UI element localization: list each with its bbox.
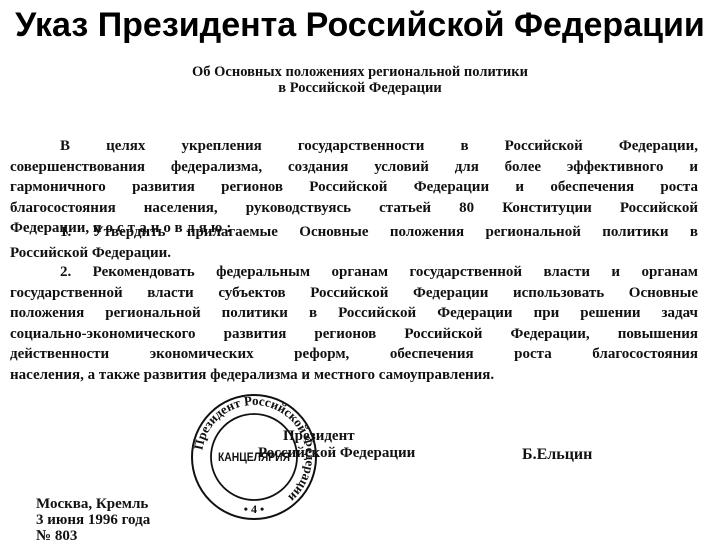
- item-line: государственной власти субъектов Российс…: [10, 283, 698, 304]
- item-2-paragraph: 2. Рекомендовать федеральным органам гос…: [10, 262, 698, 385]
- item-line: Российской Федерации.: [10, 243, 698, 264]
- preamble-line: благосостояния населения, руководствуясь…: [10, 198, 698, 219]
- item-line: социально-экономического развития регион…: [10, 324, 698, 345]
- preamble-line: гармоничного развития регионов Российско…: [10, 177, 698, 198]
- decree-number: № 803: [36, 528, 77, 540]
- document-heading-line-1: Об Основных положениях региональной поли…: [0, 64, 720, 81]
- item-line: положения региональной политики в Россий…: [10, 303, 698, 324]
- signing-date: 3 июня 1996 года: [36, 512, 150, 528]
- preamble-line: В целях укрепления государственности в Р…: [10, 136, 698, 157]
- signatory-name: Б.Ельцин: [522, 446, 592, 464]
- item-line: населения, а также развития федерализма …: [10, 365, 698, 386]
- item-line: 1. Утвердить прилагаемые Основные положе…: [10, 222, 698, 243]
- preamble-line: совершенствования федерализма, создания …: [10, 157, 698, 178]
- slide-title: Указ Президента Российской Федерации: [0, 6, 720, 45]
- stamp-number: • 4 •: [244, 502, 264, 516]
- item-line: действенности экономических реформ, обес…: [10, 344, 698, 365]
- document-heading-line-2: в Российской Федерации: [0, 80, 720, 97]
- item-line: 2. Рекомендовать федеральным органам гос…: [10, 262, 698, 283]
- item-1-paragraph: 1. Утвердить прилагаемые Основные положе…: [10, 222, 698, 263]
- signature-title-line-2: Российской Федерации: [258, 444, 415, 463]
- signing-place: Москва, Кремль: [36, 496, 148, 512]
